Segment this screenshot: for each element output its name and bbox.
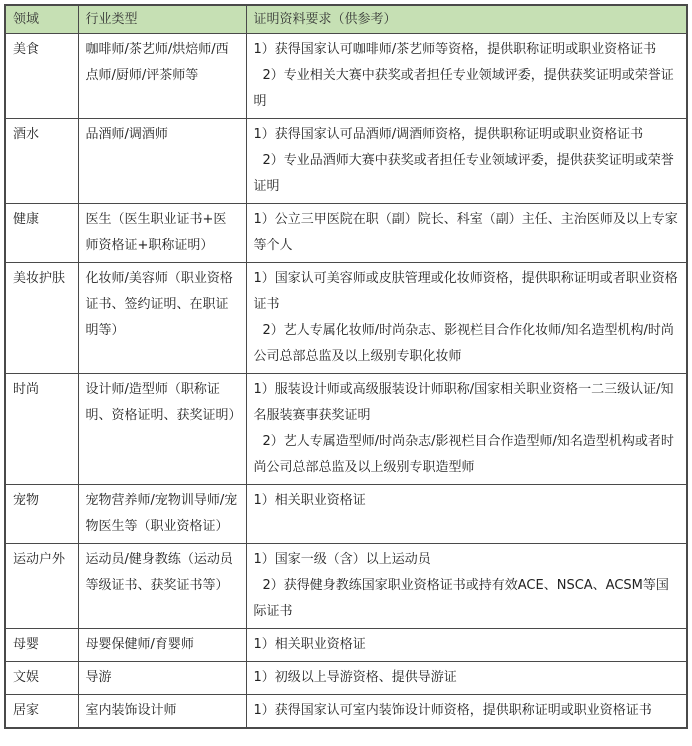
requirement-line: 1）国家认可美容师或皮肤管理或化妆师资格，提供职称证明或者职业资格证书 — [254, 266, 680, 318]
requirement-line: 2）专业相关大赛中获奖或者担任专业领域评委，提供获奖证明或荣誉证明 — [254, 63, 680, 115]
industry-cell: 咖啡师/茶艺师/烘焙师/西点师/厨师/评茶师等 — [78, 34, 246, 119]
domain-cell: 宠物 — [5, 485, 78, 544]
requirement-line: 1）公立三甲医院在职（副）院长、科室（副）主任、主治医师及以上专家等个人 — [254, 207, 680, 259]
document-page: 领域 行业类型 证明资料要求（供参考） 美食 咖啡师/茶艺师/烘焙师/西点师/厨… — [0, 0, 692, 746]
col-header-proof-requirements: 证明资料要求（供参考） — [246, 5, 687, 34]
requirement-line: 2）专业品酒师大赛中获奖或者担任专业领域评委，提供获奖证明或荣誉证明 — [254, 148, 680, 200]
table-row: 文娱 导游 1）初级以上导游资格、提供导游证 — [5, 662, 687, 695]
requirement-line: 1）相关职业资格证 — [254, 488, 680, 514]
table-row: 宠物 宠物营养师/宠物训导师/宠物医生等（职业资格证） 1）相关职业资格证 — [5, 485, 687, 544]
requirements-cell: 1）获得国家认可室内装饰设计师资格，提供职称证明或职业资格证书 — [246, 695, 687, 729]
domain-cell: 母婴 — [5, 629, 78, 662]
industry-cell: 化妆师/美容师（职业资格证书、签约证明、在职证明等） — [78, 263, 246, 374]
table-row: 美妆护肤 化妆师/美容师（职业资格证书、签约证明、在职证明等） 1）国家认可美容… — [5, 263, 687, 374]
industry-cell: 品酒师/调酒师 — [78, 119, 246, 204]
requirement-line: 1）国家一级（含）以上运动员 — [254, 547, 680, 573]
col-header-industry-type: 行业类型 — [78, 5, 246, 34]
requirements-cell: 1）获得国家认可咖啡师/茶艺师等资格，提供职称证明或职业资格证书2）专业相关大赛… — [246, 34, 687, 119]
requirements-cell: 1）获得国家认可品酒师/调酒师资格，提供职称证明或职业资格证书2）专业品酒师大赛… — [246, 119, 687, 204]
domain-cell: 美食 — [5, 34, 78, 119]
industry-cell: 运动员/健身教练（运动员等级证书、获奖证书等） — [78, 544, 246, 629]
table-row: 居家 室内装饰设计师 1）获得国家认可室内装饰设计师资格，提供职称证明或职业资格… — [5, 695, 687, 729]
requirement-line: 1）获得国家认可咖啡师/茶艺师等资格，提供职称证明或职业资格证书 — [254, 37, 680, 63]
domain-cell: 时尚 — [5, 374, 78, 485]
requirements-cell: 1）国家一级（含）以上运动员2）获得健身教练国家职业资格证书或持有效ACE、NS… — [246, 544, 687, 629]
requirements-cell: 1）相关职业资格证 — [246, 485, 687, 544]
domain-cell: 文娱 — [5, 662, 78, 695]
industry-cell: 室内装饰设计师 — [78, 695, 246, 729]
table-row: 运动户外 运动员/健身教练（运动员等级证书、获奖证书等） 1）国家一级（含）以上… — [5, 544, 687, 629]
table-body: 美食 咖啡师/茶艺师/烘焙师/西点师/厨师/评茶师等 1）获得国家认可咖啡师/茶… — [5, 34, 687, 729]
requirements-cell: 1）国家认可美容师或皮肤管理或化妆师资格，提供职称证明或者职业资格证书2）艺人专… — [246, 263, 687, 374]
domain-cell: 美妆护肤 — [5, 263, 78, 374]
requirement-line: 2）获得健身教练国家职业资格证书或持有效ACE、NSCA、ACSM等国际证书 — [254, 573, 680, 625]
table-row: 时尚 设计师/造型师（职称证明、资格证明、获奖证明） 1）服装设计师或高级服装设… — [5, 374, 687, 485]
table-row: 健康 医生（医生职业证书+医师资格证+职称证明） 1）公立三甲医院在职（副）院长… — [5, 204, 687, 263]
requirements-cell: 1）公立三甲医院在职（副）院长、科室（副）主任、主治医师及以上专家等个人 — [246, 204, 687, 263]
requirement-line: 1）获得国家认可室内装饰设计师资格，提供职称证明或职业资格证书 — [254, 698, 680, 724]
requirements-cell: 1）初级以上导游资格、提供导游证 — [246, 662, 687, 695]
requirement-line: 1）服装设计师或高级服装设计师职称/国家相关职业资格一二三级认证/知名服装赛事获… — [254, 377, 680, 429]
requirement-line: 2）艺人专属化妆师/时尚杂志、影视栏目合作化妆师/知名造型机构/时尚公司总部总监… — [254, 318, 680, 370]
requirement-line: 1）获得国家认可品酒师/调酒师资格，提供职称证明或职业资格证书 — [254, 122, 680, 148]
requirement-line: 1）相关职业资格证 — [254, 632, 680, 658]
table-row: 母婴 母婴保健师/育婴师 1）相关职业资格证 — [5, 629, 687, 662]
industry-cell: 医生（医生职业证书+医师资格证+职称证明） — [78, 204, 246, 263]
requirement-line: 2）艺人专属造型师/时尚杂志/影视栏目合作造型师/知名造型机构或者时尚公司总部总… — [254, 429, 680, 481]
domain-cell: 健康 — [5, 204, 78, 263]
industry-cell: 导游 — [78, 662, 246, 695]
certification-requirements-table: 领域 行业类型 证明资料要求（供参考） 美食 咖啡师/茶艺师/烘焙师/西点师/厨… — [4, 4, 688, 729]
industry-cell: 宠物营养师/宠物训导师/宠物医生等（职业资格证） — [78, 485, 246, 544]
table-row: 美食 咖啡师/茶艺师/烘焙师/西点师/厨师/评茶师等 1）获得国家认可咖啡师/茶… — [5, 34, 687, 119]
requirement-line: 1）初级以上导游资格、提供导游证 — [254, 665, 680, 691]
requirements-cell: 1）相关职业资格证 — [246, 629, 687, 662]
table-row: 酒水 品酒师/调酒师 1）获得国家认可品酒师/调酒师资格，提供职称证明或职业资格… — [5, 119, 687, 204]
requirements-cell: 1）服装设计师或高级服装设计师职称/国家相关职业资格一二三级认证/知名服装赛事获… — [246, 374, 687, 485]
header-row: 领域 行业类型 证明资料要求（供参考） — [5, 5, 687, 34]
col-header-domain: 领域 — [5, 5, 78, 34]
industry-cell: 母婴保健师/育婴师 — [78, 629, 246, 662]
domain-cell: 居家 — [5, 695, 78, 729]
domain-cell: 酒水 — [5, 119, 78, 204]
industry-cell: 设计师/造型师（职称证明、资格证明、获奖证明） — [78, 374, 246, 485]
domain-cell: 运动户外 — [5, 544, 78, 629]
